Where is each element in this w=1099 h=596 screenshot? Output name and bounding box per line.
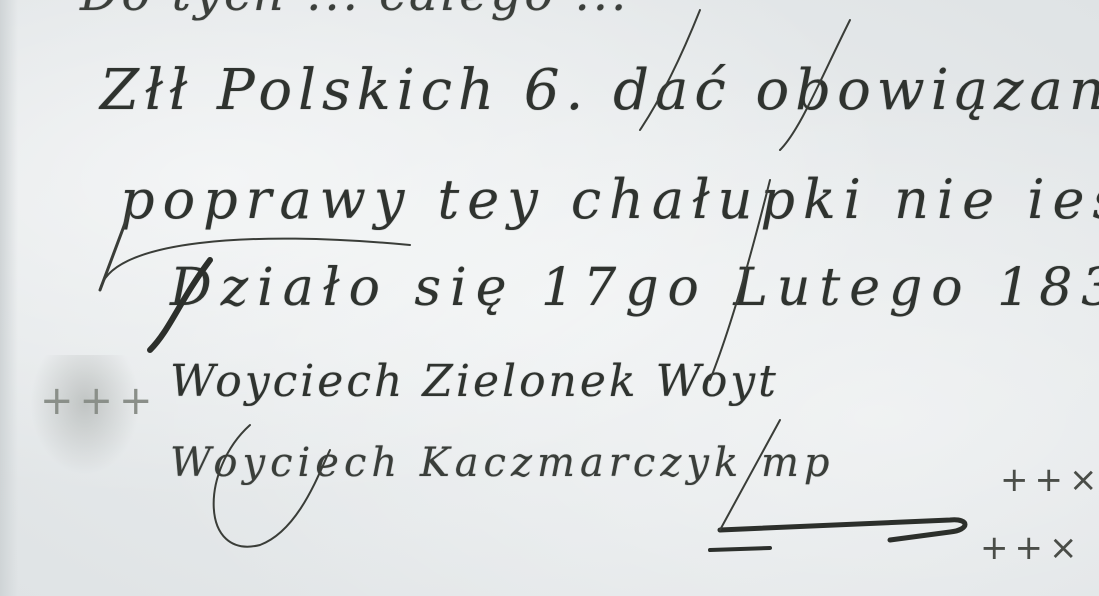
flourish-strokes [0,0,1099,596]
manuscript-page: Do tych ... całego ... Złł Polskich 6. d… [0,0,1099,596]
